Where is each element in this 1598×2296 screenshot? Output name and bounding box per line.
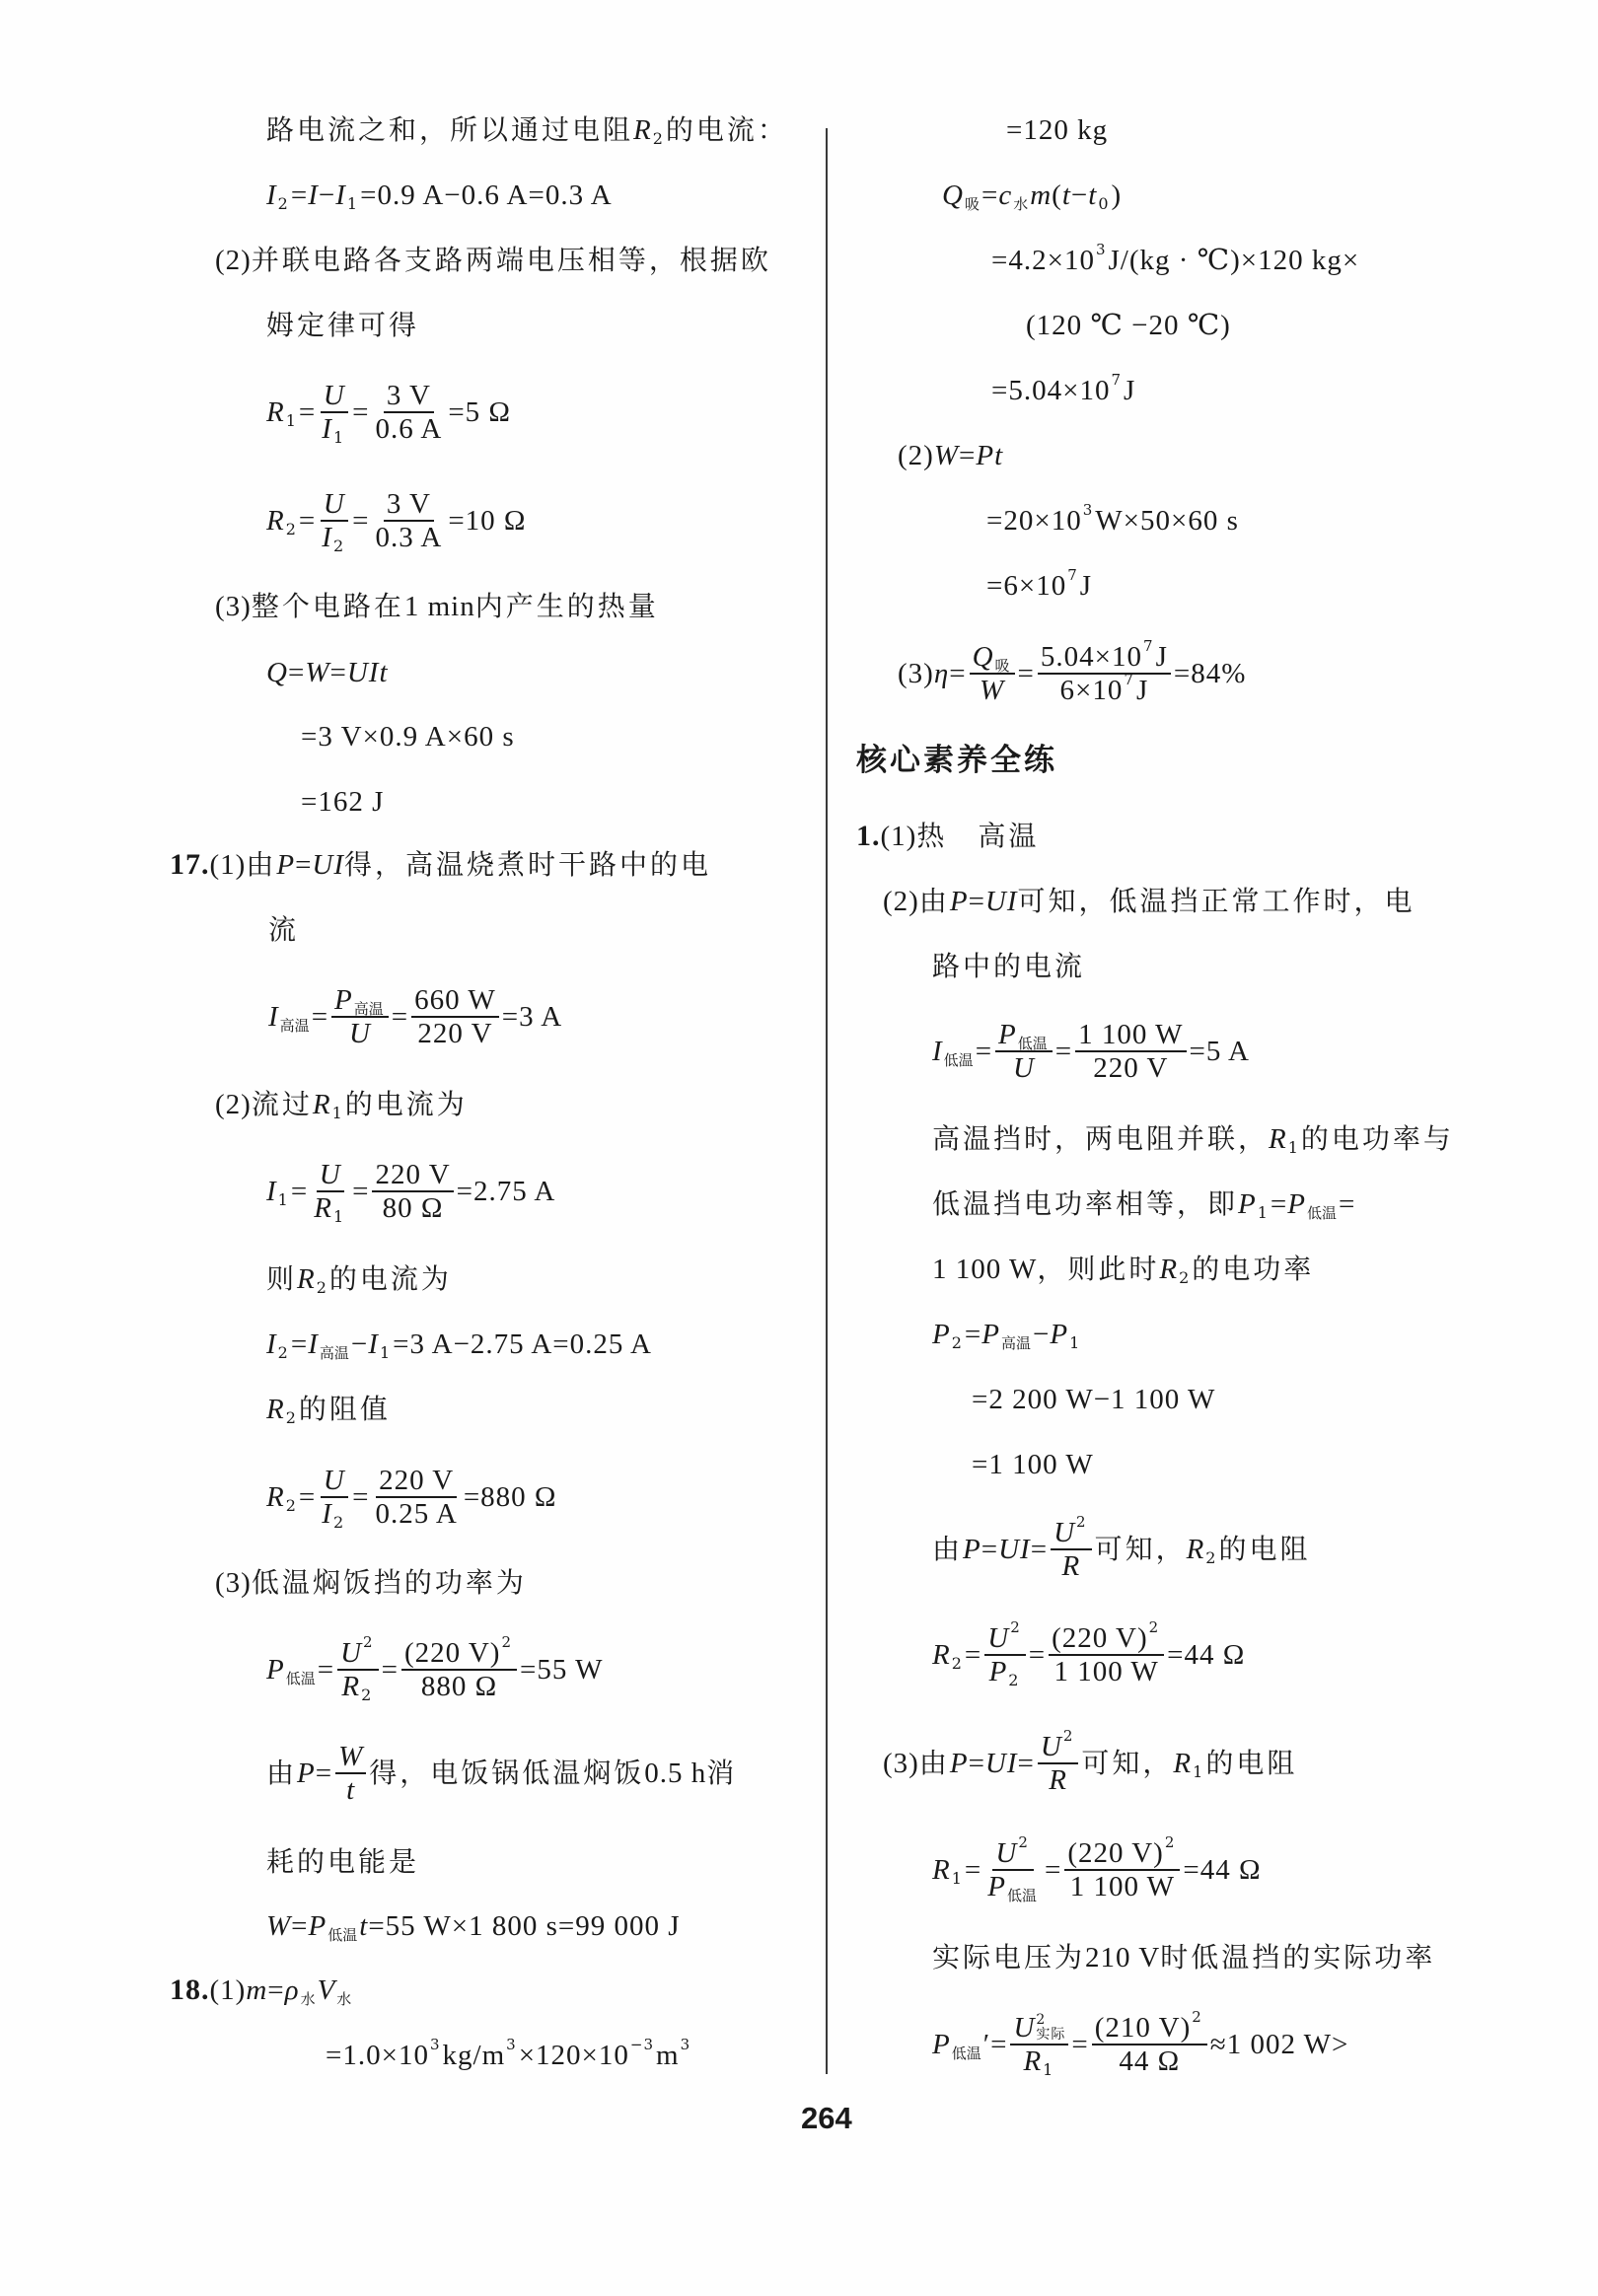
fraction: U2P2 — [984, 1623, 1026, 1686]
superscript: 7 — [1124, 665, 1134, 694]
fraction-denominator: 44 Ω — [1116, 2045, 1183, 2076]
text-line: =120 kg — [1006, 112, 1108, 148]
text: = — [1045, 1852, 1061, 1888]
superscript: 2 — [1076, 1507, 1087, 1537]
fraction-denominator: 1 100 W — [1067, 1871, 1178, 1901]
fraction-denominator: R1 — [1020, 2045, 1058, 2076]
formula-line: R1=U2P低温=(220 V)21 100 W=44 Ω — [932, 1838, 1262, 1901]
variable: R — [1159, 1252, 1178, 1287]
text: 6×10 — [1060, 676, 1124, 705]
subscript: 低温 — [1307, 1195, 1337, 1231]
subscript: 2 — [1179, 1260, 1190, 1296]
question-number: 1. — [856, 819, 881, 854]
chinese-text: ，则此时 — [1037, 1252, 1159, 1287]
text: =1 100 W — [972, 1447, 1094, 1482]
sup-sub-script: 2实际 — [1036, 2013, 1065, 2043]
chinese-text: 低温挡电功率相等，即 — [932, 1186, 1238, 1222]
text-line: =1 100 W — [972, 1447, 1094, 1482]
text: =44 Ω — [1183, 1852, 1261, 1888]
subscript: 低温 — [1018, 1029, 1048, 1058]
text: = — [1031, 1532, 1048, 1567]
chinese-text: 的电阻 — [1205, 1746, 1297, 1781]
chinese-text: 可知， — [1095, 1532, 1187, 1567]
fraction-numerator: (210 V)2 — [1092, 2013, 1207, 2045]
text: 220 V — [1093, 1053, 1168, 1083]
fraction-numerator: 5.04×107 J — [1038, 642, 1171, 675]
text: = — [1339, 1186, 1355, 1222]
variable: U — [1013, 2013, 1035, 2043]
text: =44 Ω — [1167, 1637, 1245, 1673]
subscript: 低温 — [952, 2036, 981, 2071]
text-line: 1 100 W，则此时 R2 的电功率 — [932, 1252, 1314, 1287]
text-line: =6×107 J — [986, 568, 1092, 604]
text: = — [1029, 1637, 1046, 1673]
text: = — [969, 1746, 985, 1781]
variable: R — [932, 1637, 951, 1673]
variable: P — [950, 1746, 969, 1781]
text: ) — [1112, 178, 1123, 213]
fraction-numerator: U2实际 — [1010, 2013, 1068, 2045]
fraction-denominator: P低温 — [984, 1871, 1042, 1901]
chinese-text: 由 — [919, 1746, 950, 1781]
text: (2) — [883, 884, 919, 919]
text-line: 高温挡时，两电阻并联，R1 的电功率与 — [932, 1121, 1454, 1157]
text: (220 V) — [1052, 1623, 1147, 1653]
fraction-denominator: 220 V — [1090, 1052, 1171, 1083]
fraction-numerator: U2 — [984, 1623, 1026, 1656]
subscript: 1 — [1043, 2055, 1053, 2085]
variable: R — [1187, 1532, 1205, 1567]
variable: P — [1238, 1186, 1257, 1222]
text: =4.2×10 — [991, 243, 1095, 278]
text: − — [1033, 1317, 1050, 1352]
chinese-text: 实际电压为 — [932, 1940, 1085, 1975]
subscript: 高温 — [1001, 1326, 1031, 1361]
variable: U — [995, 1838, 1017, 1868]
superscript: 2 — [1010, 1613, 1021, 1642]
text: (2) — [898, 438, 934, 473]
text: 1 100 W — [1078, 1020, 1183, 1049]
text-line: 1.(1)热 高温 — [856, 819, 1039, 854]
text: 210 V — [1085, 1940, 1160, 1975]
variable: P — [932, 1317, 951, 1352]
text: − — [1071, 178, 1088, 213]
text: J — [1136, 676, 1148, 705]
chinese-text: 高温挡时，两电阻并联， — [932, 1121, 1269, 1157]
text-line: =4.2×103 J/(kg · ℃)×120 kg× — [991, 243, 1359, 278]
text: = — [976, 1034, 992, 1069]
text: J — [1156, 642, 1168, 672]
subscript: 吸 — [965, 186, 980, 222]
fraction-denominator: P2 — [986, 1656, 1025, 1686]
superscript: 2 — [1149, 1613, 1160, 1642]
text-line: Q吸=c水 m(t−t0) — [942, 178, 1122, 213]
superscript: 3 — [1083, 492, 1094, 528]
variable: P — [987, 1872, 1006, 1901]
subscript: 2 — [952, 1646, 963, 1682]
variable: m — [1030, 178, 1052, 213]
chinese-text: 的电功率 — [1192, 1252, 1314, 1287]
text: ≈1 002 W> — [1210, 2027, 1349, 2062]
text: (1) — [881, 819, 917, 854]
variable: R — [1061, 1551, 1080, 1581]
variable: P — [963, 1532, 981, 1567]
chinese-text: 由 — [919, 884, 950, 919]
fraction: Q吸W — [970, 642, 1015, 705]
text: =84% — [1174, 656, 1247, 691]
superscript: 7 — [1067, 557, 1078, 593]
text: =5 A — [1190, 1034, 1250, 1069]
variable: UI — [985, 884, 1018, 919]
variable: R — [932, 1852, 951, 1888]
chinese-text: 的电阻 — [1218, 1532, 1310, 1567]
text: = — [1018, 656, 1035, 691]
variable: P — [932, 2027, 951, 2062]
variable: R — [1173, 1746, 1192, 1781]
fraction: 5.04×107 J6×107 J — [1038, 642, 1171, 705]
superscript: 2 — [1165, 1828, 1176, 1857]
text: = — [965, 1317, 981, 1352]
fraction-numerator: 1 100 W — [1075, 1020, 1186, 1052]
fraction-numerator: U2 — [1038, 1732, 1079, 1764]
text: (3) — [883, 1746, 919, 1781]
text: (220 V) — [1067, 1838, 1163, 1868]
text: = — [981, 1532, 998, 1567]
fraction: P低温U — [995, 1020, 1053, 1083]
text: 1 100 W — [1070, 1872, 1175, 1901]
fraction: (220 V)21 100 W — [1064, 1838, 1180, 1901]
subscript: 2 — [1205, 1541, 1216, 1576]
superscript: 2 — [1192, 2002, 1202, 2032]
variable: U — [1053, 1518, 1075, 1547]
fraction: (210 V)244 Ω — [1092, 2013, 1207, 2076]
fraction: U2R — [1051, 1518, 1092, 1581]
subscript: 1 — [1193, 1755, 1203, 1790]
fraction: U2R — [1038, 1732, 1079, 1795]
text-line: 路中的电流 — [932, 949, 1085, 984]
text-line: 实际电压为 210 V 时低温挡的实际功率 — [932, 1940, 1435, 1975]
subscript: 1 — [1258, 1195, 1269, 1231]
text: = — [969, 884, 985, 919]
text: = — [981, 178, 998, 213]
subscript: 1 — [952, 1861, 963, 1897]
fraction-numerator: P低温 — [995, 1020, 1053, 1052]
variable: Q — [973, 642, 994, 672]
text: = — [949, 656, 966, 691]
text-line: (2)W =Pt — [898, 438, 1003, 473]
right-column: =120 kgQ吸=c水 m(t−t0)=4.2×103 J/(kg · ℃)×… — [0, 0, 1598, 2296]
fraction-denominator: R — [1046, 1764, 1070, 1795]
text-line: =5.04×107 J — [991, 373, 1135, 408]
subscript: 2 — [1008, 1666, 1019, 1695]
chinese-text: 可知，低温挡正常工作时，电 — [1018, 884, 1416, 919]
fraction-numerator: (220 V)2 — [1049, 1623, 1164, 1656]
variable: Q — [942, 178, 964, 213]
text: (120 ℃ −20 ℃) — [1026, 308, 1231, 343]
text-line: (2)由 P =UI 可知，低温挡正常工作时，电 — [883, 884, 1416, 919]
chinese-text: 时低温挡的实际功率 — [1160, 1940, 1435, 1975]
variable: W — [934, 438, 959, 473]
superscript: 2 — [1018, 1828, 1029, 1857]
fraction-numerator: U2 — [1051, 1518, 1092, 1550]
fraction: 1 100 W220 V — [1075, 1020, 1186, 1083]
variable: P — [1050, 1317, 1068, 1352]
variable: P — [981, 1317, 1000, 1352]
subscript: 1 — [1069, 1326, 1080, 1361]
text: ′= — [983, 2027, 1008, 2062]
superscript: 3 — [1096, 232, 1107, 267]
variable: c — [998, 178, 1012, 213]
superscript: 7 — [1111, 362, 1122, 397]
chinese-text: 的电功率与 — [1301, 1121, 1454, 1157]
subscript: 0 — [1098, 186, 1109, 222]
variable: P — [1287, 1186, 1306, 1222]
text: =20×10 — [986, 503, 1082, 538]
text: J — [1080, 568, 1092, 604]
subscript: 1 — [1288, 1130, 1299, 1166]
fraction-denominator: 6×107 J — [1057, 675, 1152, 705]
text: = — [1055, 1034, 1072, 1069]
subscript: 低温 — [1007, 1881, 1037, 1910]
variable: P — [998, 1020, 1017, 1049]
text: =6×10 — [986, 568, 1066, 604]
text: 1 100 W — [932, 1252, 1037, 1287]
text-line: P2=P高温−P1 — [932, 1317, 1082, 1352]
text: J — [1124, 373, 1135, 408]
chinese-text: 热 高温 — [916, 819, 1039, 854]
subscript: 吸 — [995, 651, 1010, 681]
variable: U — [987, 1623, 1009, 1653]
formula-line: (3)由 P=UI=U2R 可知，R1 的电阻 — [883, 1732, 1297, 1795]
chinese-text: 路中的电流 — [932, 949, 1085, 984]
variable: I — [932, 1034, 943, 1069]
text: = — [965, 1637, 981, 1673]
text: ( — [1052, 178, 1062, 213]
superscript: 2 — [1036, 2013, 1065, 2028]
fraction: U2实际R1 — [1010, 2013, 1068, 2076]
fraction-numerator: U2 — [992, 1838, 1034, 1871]
subscript: 低温 — [944, 1042, 974, 1078]
fraction-numerator: (220 V)2 — [1064, 1838, 1180, 1871]
text-line: 低温挡电功率相等，即 P1 = P低温 = — [932, 1186, 1355, 1222]
text: = — [959, 438, 976, 473]
text: =5.04×10 — [991, 373, 1110, 408]
subscript: 水 — [1013, 186, 1028, 222]
variable: R — [1049, 1765, 1067, 1795]
textbook-page: 路电流之和，所以通过电阻 R2 的电流：I2=I−I1=0.9 A−0.6 A=… — [0, 0, 1598, 2296]
formula-line: 由 P=UI=U2R 可知，R2 的电阻 — [932, 1518, 1311, 1581]
text: J/(kg · ℃)×120 kg× — [1109, 243, 1360, 278]
variable: UI — [985, 1746, 1018, 1781]
fraction-numerator: Q吸 — [970, 642, 1015, 675]
text-line: =20×103 W×50×60 s — [986, 503, 1239, 538]
variable: R — [1269, 1121, 1287, 1157]
variable: UI — [998, 1532, 1031, 1567]
fraction-denominator: R — [1058, 1550, 1083, 1581]
chinese-text: 由 — [932, 1532, 963, 1567]
variable: U — [1041, 1732, 1062, 1761]
text-line: =2 200 W−1 100 W — [972, 1382, 1215, 1417]
variable: R — [1023, 2046, 1042, 2076]
formula-line: P低温′=U2实际R1=(210 V)244 Ω≈1 002 W> — [932, 2013, 1348, 2076]
chinese-text: 可知， — [1081, 1746, 1173, 1781]
fraction: U2P低温 — [984, 1838, 1042, 1901]
subscript: 2 — [952, 1326, 963, 1361]
superscript: 7 — [1143, 631, 1154, 661]
subscript: 实际 — [1036, 2028, 1065, 2043]
text: 44 Ω — [1119, 2046, 1180, 2076]
variable: P — [989, 1657, 1008, 1686]
variable: t — [1088, 178, 1097, 213]
text: = — [1018, 1746, 1035, 1781]
text: 1 100 W — [1053, 1657, 1158, 1686]
formula-line: R2=U2P2=(220 V)21 100 W=44 Ω — [932, 1623, 1245, 1686]
section-heading: 核心素养全练 — [856, 743, 1057, 778]
fraction-denominator: 1 100 W — [1051, 1656, 1161, 1686]
text: (210 V) — [1095, 2013, 1191, 2043]
text: =120 kg — [1006, 112, 1108, 148]
superscript: 2 — [1063, 1721, 1074, 1751]
text: = — [965, 1852, 981, 1888]
page-number: 264 — [801, 2101, 852, 2136]
text-line: (120 ℃ −20 ℃) — [1026, 308, 1231, 343]
text: = — [1271, 1186, 1287, 1222]
variable: Pt — [976, 438, 1003, 473]
variable: t — [1062, 178, 1071, 213]
text: W×50×60 s — [1095, 503, 1239, 538]
text: = — [1071, 2027, 1088, 2062]
formula-line: (3)η=Q吸W=5.04×107 J6×107 J=84% — [898, 642, 1246, 705]
text: =2 200 W−1 100 W — [972, 1382, 1215, 1417]
fraction: (220 V)21 100 W — [1049, 1623, 1164, 1686]
text: (3) — [898, 656, 934, 691]
formula-line: I低温=P低温U=1 100 W220 V=5 A — [932, 1020, 1250, 1083]
variable: P — [950, 884, 969, 919]
variable: η — [934, 656, 949, 691]
